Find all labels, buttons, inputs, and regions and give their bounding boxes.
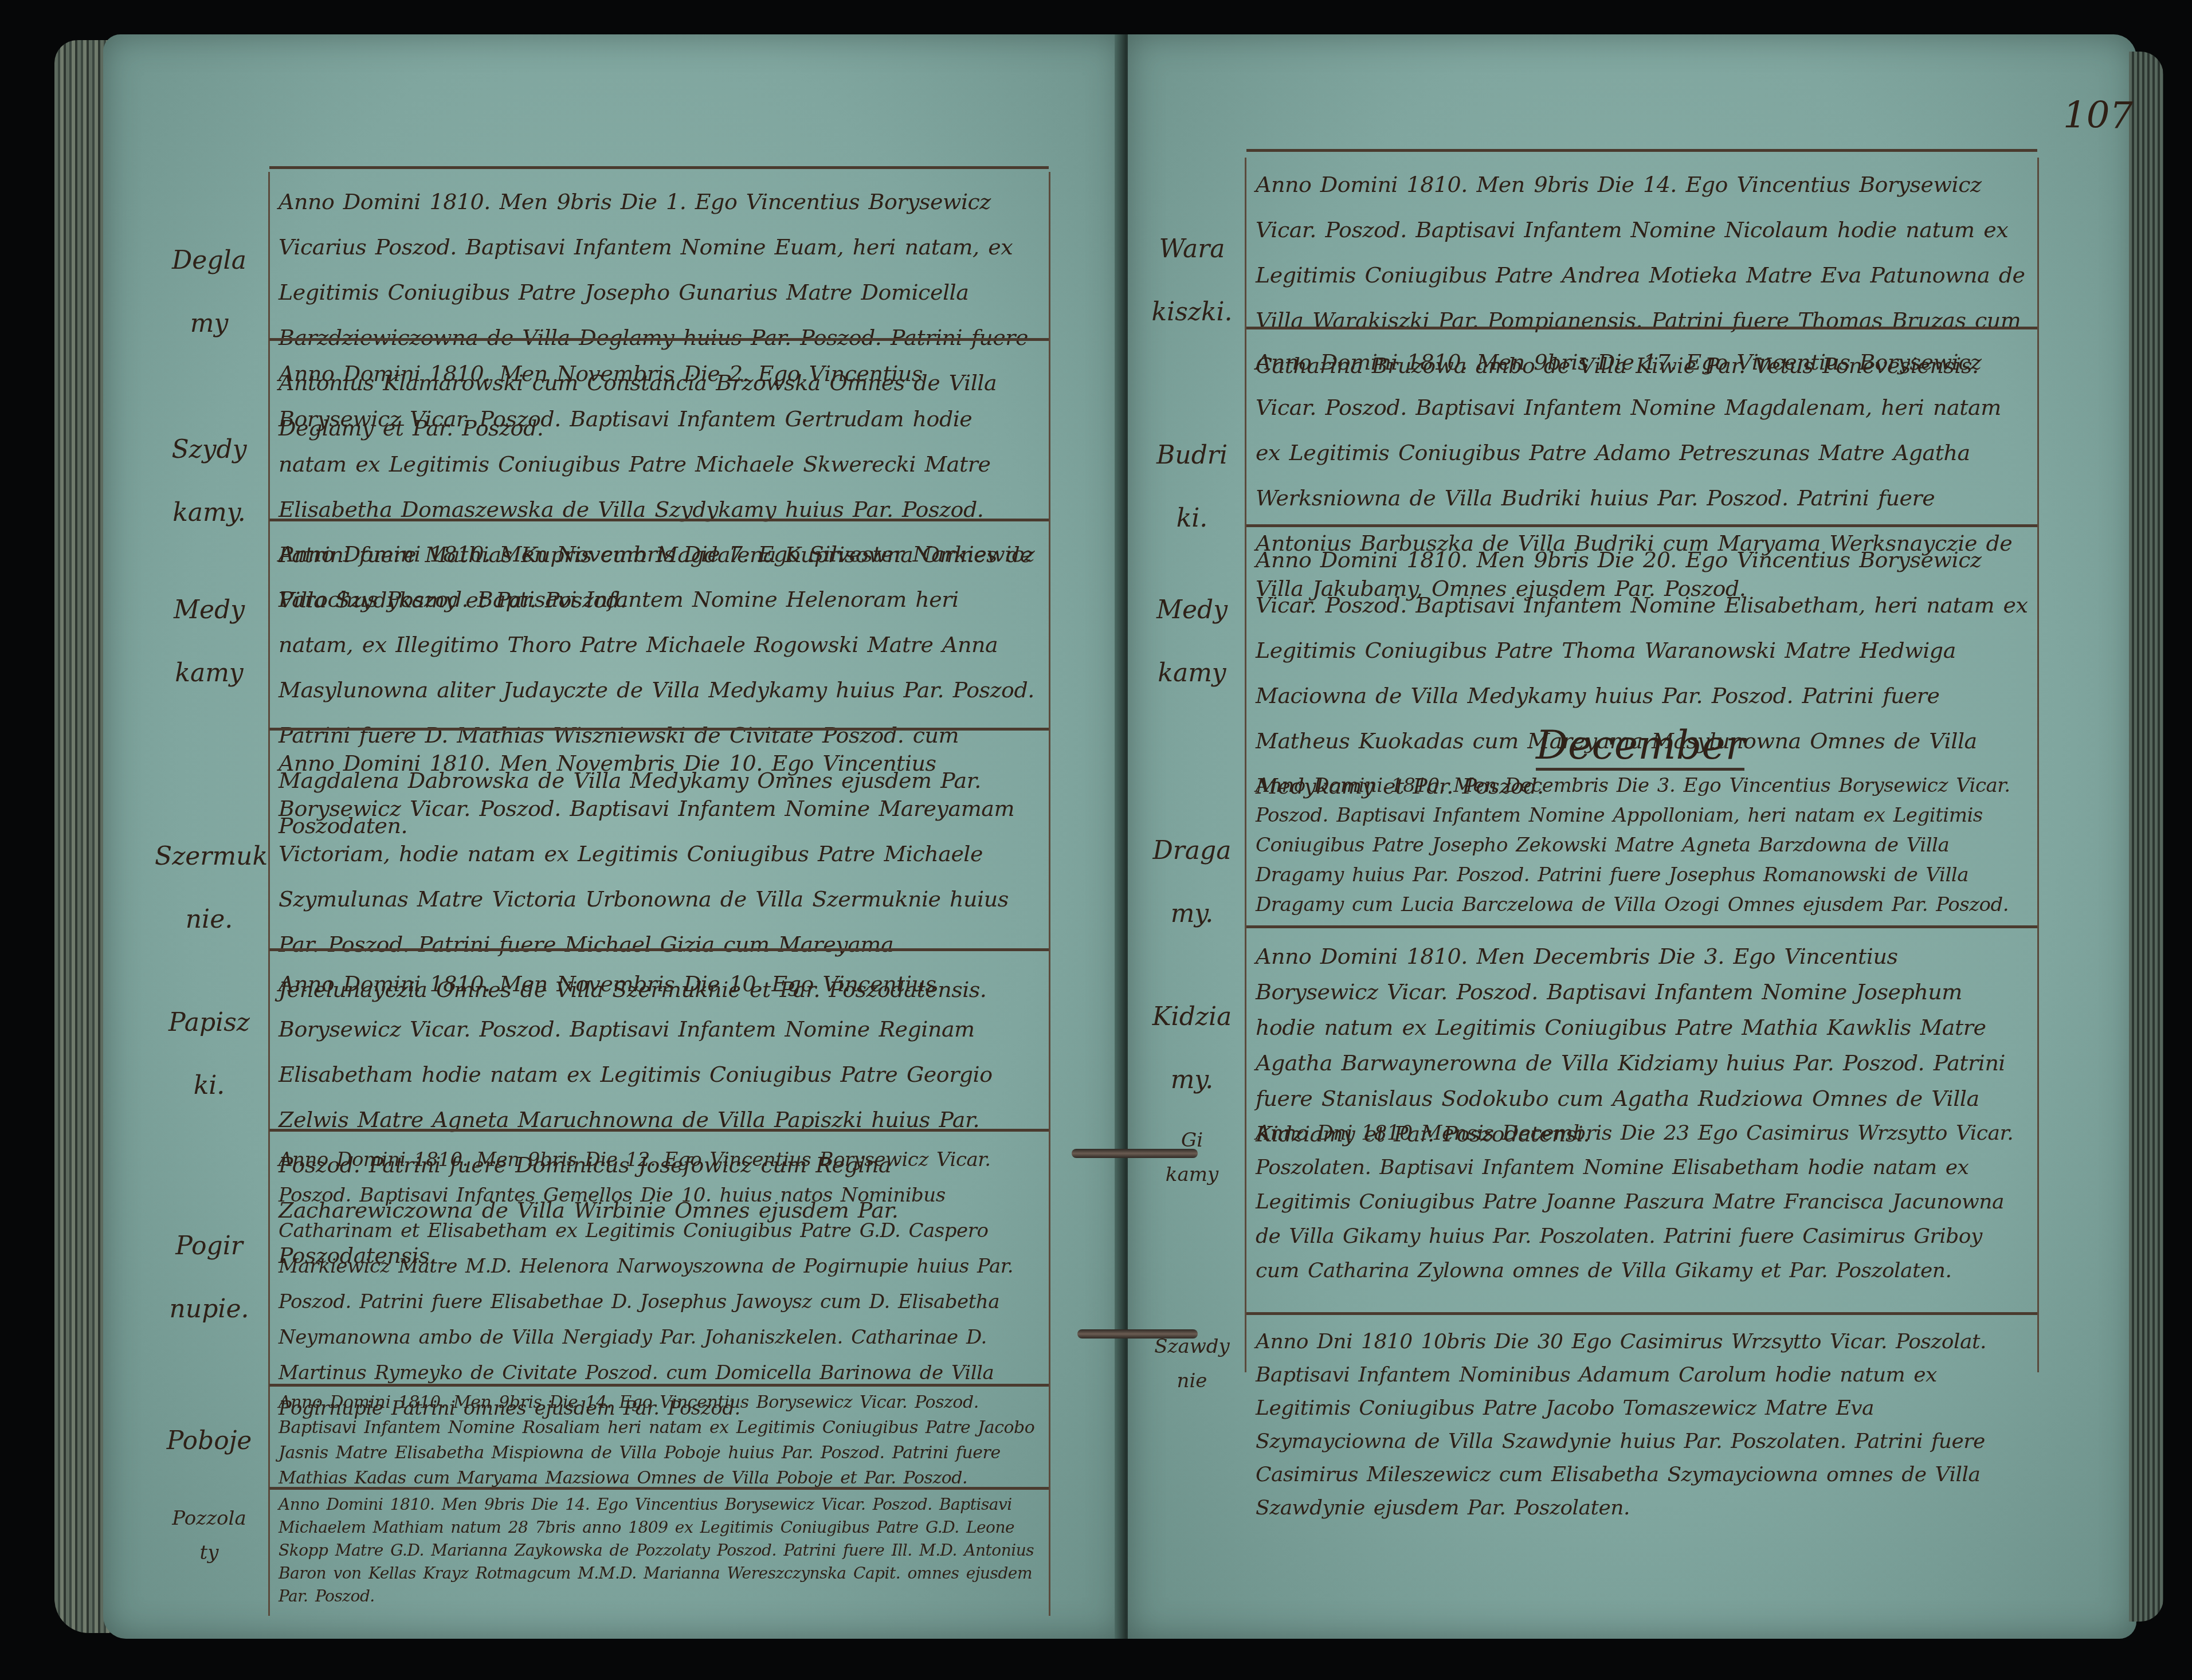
entry-margin-village: Szawdy nie <box>1140 1329 1244 1398</box>
entry-text: Anno Dni 1810 10bris Die 30 Ego Casimiru… <box>1246 1325 2037 1525</box>
entry-margin-village: Medy kamy <box>155 579 264 705</box>
baptism-entry: Anno Domini 1810. Men Decembris Die 3. E… <box>1246 771 2037 923</box>
entry-margin-village: Szermuk nie. <box>155 825 264 951</box>
entry-text: Anno Domini 1810. Men Decembris Die 3. E… <box>1246 771 2037 920</box>
entry-margin-village: Poboje <box>155 1410 264 1473</box>
baptism-entry: Anno Domini 1810. Men 9bris Die 17. Ego … <box>1246 327 2037 527</box>
baptism-entry: Anno Domini 1810. Men Decembris Die 3. E… <box>1246 925 2037 1097</box>
entry-text: Anno Domini 1810. Men 9bris Die 14. Ego … <box>269 1493 1049 1608</box>
open-register-book: 107 Degla my Anno Domini 1810. Men 9bris… <box>0 0 2192 1680</box>
left-right-rule <box>1049 172 1050 1616</box>
entry-margin-village: Pogir nupie. <box>155 1215 264 1341</box>
entry-margin-village: Kidzia my. <box>1140 986 1244 1112</box>
entry-margin-village: Wara kiszki. <box>1140 218 1244 344</box>
right-page-stack <box>2129 52 2163 1622</box>
baptism-entry: Anno Domini 1810. Men 9bris Die 1. Ego V… <box>269 166 1049 338</box>
month-heading: December <box>1536 722 1744 771</box>
baptism-entry: Anno Domini 1810. Men Novembris Die 10. … <box>269 948 1049 1132</box>
page-number: 107 <box>2063 95 2133 137</box>
entry-text: Anno Domini 1810. Men 9bris Die 14. Ego … <box>269 1390 1049 1491</box>
entry-margin-village: Medy kamy <box>1140 579 1244 705</box>
baptism-entry: Anno Domini 1810. Men 9bris Die 14. Ego … <box>269 1487 1049 1613</box>
baptism-entry: Anno Dni 1810 Mensis Decembris Die 23 Eg… <box>1246 1106 2037 1312</box>
entry-text: Anno Dni 1810 Mensis Decembris Die 23 Eg… <box>1246 1116 2037 1288</box>
entry-margin-village: Szydy kamy. <box>155 418 264 544</box>
baptism-entry: Anno Dni 1810 10bris Die 30 Ego Casimiru… <box>1246 1312 2037 1501</box>
entry-margin-village: Gi kamy <box>1140 1123 1244 1192</box>
right-right-rule <box>2037 158 2039 1372</box>
baptism-entry: Anno Domini 1810. Men Novembris Die 7. E… <box>269 519 1049 731</box>
baptism-entry: Anno Domini 1810. Men Novembris Die 10. … <box>269 728 1049 940</box>
entry-margin-village: Papisz ki. <box>155 991 264 1117</box>
entry-margin-village: Pozzola ty <box>155 1501 264 1570</box>
baptism-entry: Anno Domini 1810. Men 9bris Die 14. Ego … <box>1246 149 2037 327</box>
baptism-entry: Anno Domini 1810. Men 9bris Die 14. Ego … <box>269 1384 1049 1487</box>
entry-margin-village: Degla my <box>155 229 264 355</box>
baptism-entry: Anno Domini 1810. Men Novembris Die 2. E… <box>269 338 1049 510</box>
baptism-entry: Anno Domini 1810. Men 9bris Die 20. Ego … <box>1246 524 2037 713</box>
baptism-entry: Anno Domini 1810. Men 9bris Die 12. Ego … <box>269 1129 1049 1381</box>
entry-margin-village: Budri ki. <box>1140 424 1244 550</box>
entry-margin-village: Draga my. <box>1140 819 1244 945</box>
